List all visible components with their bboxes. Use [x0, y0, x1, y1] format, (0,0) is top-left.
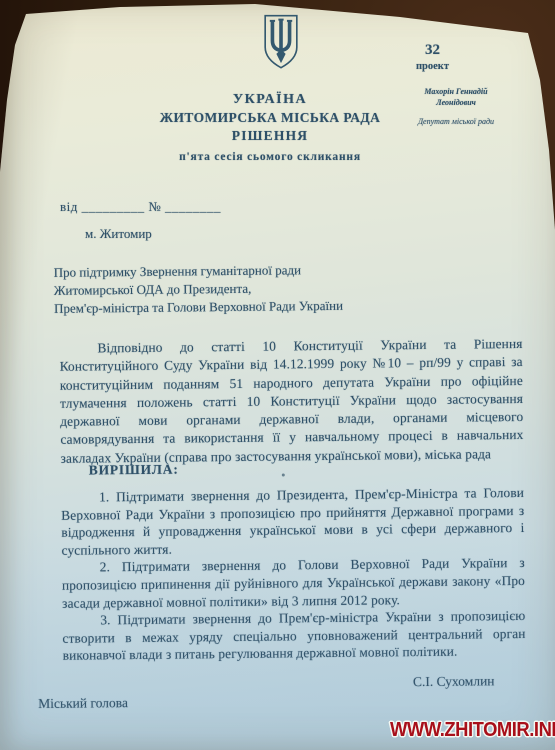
site-watermark: WWW.ZHITOMIR.INFO	[390, 719, 542, 742]
resolved-label: ВИРІШИЛА:	[89, 462, 179, 479]
main-text-block: Про підтримку Звернення гуманітарної рад…	[0, 0, 555, 750]
paper-sheet: 32 проект Махорін Геннадій Леонідович Де…	[0, 0, 555, 750]
signature-position: Міський голова	[38, 695, 128, 712]
ink-speck	[282, 473, 285, 476]
resolution-item-1: 1. Підтримати звернення до Президента, П…	[61, 484, 525, 559]
signature-name: С.І. Сухомлин	[413, 673, 495, 690]
subject-block: Про підтримку Звернення гуманітарної рад…	[54, 259, 475, 317]
resolution-item-3: 3. Підтримати звернення до Прем'єр-мініс…	[62, 607, 526, 665]
resolution-item-2: 2. Підтримати звернення до Голови Верхов…	[62, 554, 526, 612]
document-photo: 32 проект Махорін Геннадій Леонідович Де…	[0, 0, 555, 750]
resolution-items: 1. Підтримати звернення до Президента, П…	[61, 484, 526, 665]
preamble-paragraph: Відповідно до статті 10 Конституції Укра…	[59, 335, 523, 468]
subject-line-3: Прем'єр-міністра та Голови Верховної Рад…	[54, 295, 474, 317]
